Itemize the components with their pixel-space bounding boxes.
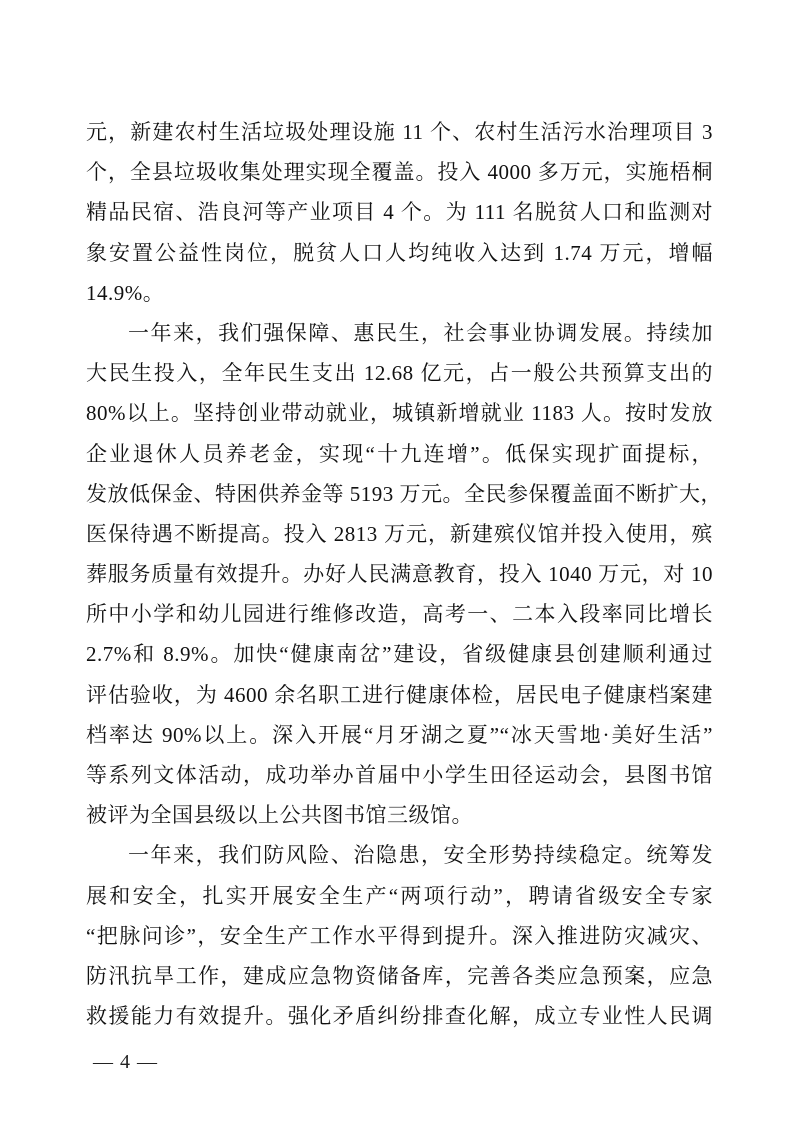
text-line: 个，全县垃圾收集处理实现全覆盖。投入 4000 多万元，实施梧桐 [86,152,713,192]
text-line: 防汛抗旱工作，建成应急物资储备库，完善各类应急预案，应急 [86,956,713,996]
paragraph: 元，新建农村生活垃圾处理设施 11 个、农村生活污水治理项目 3个，全县垃圾收集… [86,112,713,313]
text-line: 被评为全国县级以上公共图书馆三级馆。 [86,795,713,835]
paragraph: 一年来，我们防风险、治隐患，安全形势持续稳定。统筹发展和安全，扎实开展安全生产“… [86,835,713,1036]
text-line: 展和安全，扎实开展安全生产“两项行动”，聘请省级安全专家 [86,876,713,916]
text-line: 精品民宿、浩良河等产业项目 4 个。为 111 名脱贫人口和监测对 [86,192,713,232]
text-line: 档率达 90%以上。深入开展“月牙湖之夏”“冰天雪地·美好生活” [86,715,713,755]
text-line: 一年来，我们防风险、治隐患，安全形势持续稳定。统筹发 [86,835,713,875]
text-line: 企业退休人员养老金，实现“十九连增”。低保实现扩面提标， [86,434,713,474]
text-line: 等系列文体活动，成功举办首届中小学生田径运动会，县图书馆 [86,755,713,795]
text-line: 所中小学和幼儿园进行维修改造，高考一、二本入段率同比增长 [86,594,713,634]
document-body: 元，新建农村生活垃圾处理设施 11 个、农村生活污水治理项目 3个，全县垃圾收集… [86,112,713,1036]
text-line: 大民生投入，全年民生支出 12.68 亿元，占一般公共预算支出的 [86,353,713,393]
text-line: 一年来，我们强保障、惠民生，社会事业协调发展。持续加 [86,313,713,353]
text-line: 14.9%。 [86,273,713,313]
text-line: 发放低保金、特困供养金等 5193 万元。全民参保覆盖面不断扩大， [86,474,713,514]
document-page: 元，新建农村生活垃圾处理设施 11 个、农村生活污水治理项目 3个，全县垃圾收集… [0,0,793,1122]
text-line: 2.7%和 8.9%。加快“健康南岔”建设，省级健康县创建顺利通过 [86,634,713,674]
text-line: 80%以上。坚持创业带动就业，城镇新增就业 1183 人。按时发放 [86,393,713,433]
text-line: 医保待遇不断提高。投入 2813 万元，新建殡仪馆并投入使用，殡 [86,514,713,554]
text-line: 象安置公益性岗位，脱贫人口人均纯收入达到 1.74 万元，增幅 [86,233,713,273]
text-line: 评估验收，为 4600 余名职工进行健康体检，居民电子健康档案建 [86,675,713,715]
text-line: 元，新建农村生活垃圾处理设施 11 个、农村生活污水治理项目 3 [86,112,713,152]
page-number: — 4 — [93,1048,158,1076]
text-line: “把脉问诊”，安全生产工作水平得到提升。深入推进防灾减灾、 [86,916,713,956]
text-line: 救援能力有效提升。强化矛盾纠纷排查化解，成立专业性人民调 [86,996,713,1036]
paragraph: 一年来，我们强保障、惠民生，社会事业协调发展。持续加大民生投入，全年民生支出 1… [86,313,713,835]
text-line: 葬服务质量有效提升。办好人民满意教育，投入 1040 万元，对 10 [86,554,713,594]
